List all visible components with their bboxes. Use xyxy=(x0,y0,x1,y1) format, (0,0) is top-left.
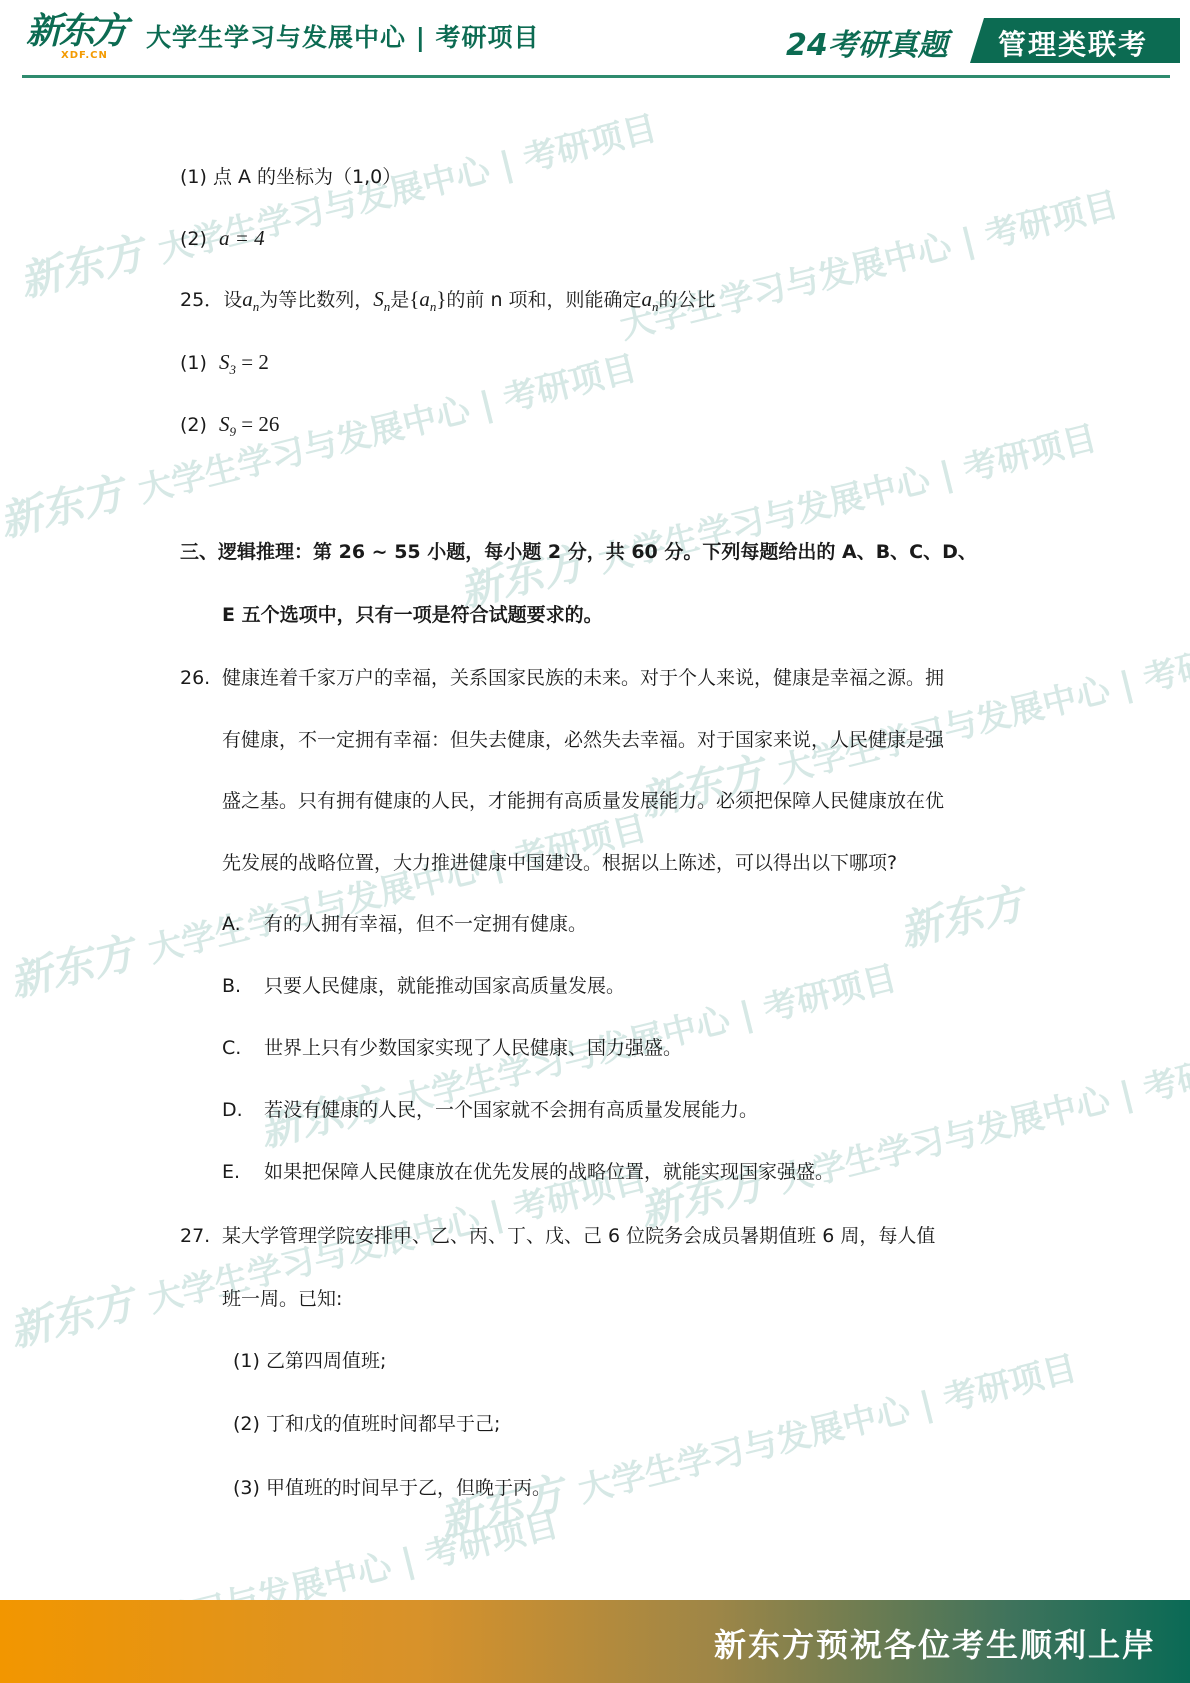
header-divider xyxy=(22,75,1170,78)
watermark: 大学生学习与发展中心 | 考研项目 xyxy=(614,177,1123,348)
q27-condition-2: (2) 丁和戊的值班时间都早于己; xyxy=(233,1412,500,1436)
q27-number: 27. xyxy=(180,1224,210,1248)
q26-option-a: A.有的人拥有幸福，但不一定拥有健康。 xyxy=(222,912,241,936)
q26-number: 26. xyxy=(180,666,210,690)
q27-stem-line: 某大学管理学院安排甲、乙、丙、丁、戊、己 6 位院务会成员暑期值班 6 周，每人… xyxy=(222,1224,935,1248)
watermark: 新东方大学生学习与发展中心 | 考研项目 xyxy=(633,1023,1190,1239)
logo-text-cn: 新东方 xyxy=(26,14,126,50)
logo-text-en: XDF.CN xyxy=(61,50,108,61)
watermark: 新东方大学生学习与发展中心 | 考研项目 xyxy=(0,333,642,549)
q26-stem-line: 先发展的战略位置，大力推进健康中国建设。根据以上陈述，可以得出以下哪项? xyxy=(222,851,897,875)
q26-option-c: C.世界上只有少数国家实现了人民健康、国力强盛。 xyxy=(222,1036,241,1060)
q27-stem-line: 班一周。已知: xyxy=(222,1287,342,1311)
section-heading-line-1: 三、逻辑推理：第 26 ~ 55 小题，每小题 2 分，共 60 分。下列每题给… xyxy=(180,540,977,564)
watermark: 新东方大学生学习与发展中心 | 考研项目 xyxy=(433,1333,1082,1549)
page-header: 新东方 XDF.CN 大学生学习与发展中心 | 考研项目 24考研真题 管理类联… xyxy=(0,0,1190,78)
q27-condition-3: (3) 甲值班的时间早于乙，但晚于丙。 xyxy=(233,1476,551,1500)
q27-condition-1: (1) 乙第四周值班; xyxy=(233,1349,386,1373)
xdf-logo: 新东方 XDF.CN xyxy=(26,14,126,62)
exam-category-badge: 管理类联考 xyxy=(970,18,1180,63)
exam-title: 24考研真题 xyxy=(786,20,948,64)
q25-stem: 25．设an为等比数列，Sn是{an}的前 n 项和，则能确定an的公比 xyxy=(180,287,716,319)
q24-condition-2: (2) a = 4 xyxy=(180,226,265,251)
q26-stem-line: 盛之基。只有拥有健康的人民，才能拥有高质量发展能力。必须把保障人民健康放在优 xyxy=(222,789,944,813)
watermark: 新东方大学生学习与发展中心 | 考研项目 xyxy=(13,93,662,309)
q26-option-e: E.如果把保障人民健康放在优先发展的战略位置，就能实现国家强盛。 xyxy=(222,1160,240,1184)
q24-condition-1: (1) 点 A 的坐标为（1,0） xyxy=(180,165,401,189)
badge-label: 管理类联考 xyxy=(998,23,1148,63)
q26-stem-line: 有健康，不一定拥有幸福：但失去健康，必然失去幸福。对于国家来说，人民健康是强 xyxy=(222,728,944,752)
q26-stem-line: 健康连着千家万户的幸福，关系国家民族的未来。对于个人来说，健康是幸福之源。拥 xyxy=(222,666,944,690)
q26-option-b: B.只要人民健康，就能推动国家高质量发展。 xyxy=(222,974,241,998)
q25-condition-2: (2) S9 = 26 xyxy=(180,412,279,444)
q25-condition-1: (1) S3 = 2 xyxy=(180,350,269,382)
watermark: 新东方大学生学习与发展中心 | 考研项目 xyxy=(453,403,1102,619)
watermark: 新东方 xyxy=(893,867,1045,960)
org-title: 大学生学习与发展中心 | 考研项目 xyxy=(146,18,540,54)
footer-banner: 新东方预祝各位考生顺利上岸 xyxy=(0,1600,1190,1683)
section-heading-line-2: E 五个选项中，只有一项是符合试题要求的。 xyxy=(222,603,603,627)
q26-option-d: D.若没有健康的人民，一个国家就不会拥有高质量发展能力。 xyxy=(222,1098,243,1122)
footer-slogan: 新东方预祝各位考生顺利上岸 xyxy=(714,1620,1156,1666)
